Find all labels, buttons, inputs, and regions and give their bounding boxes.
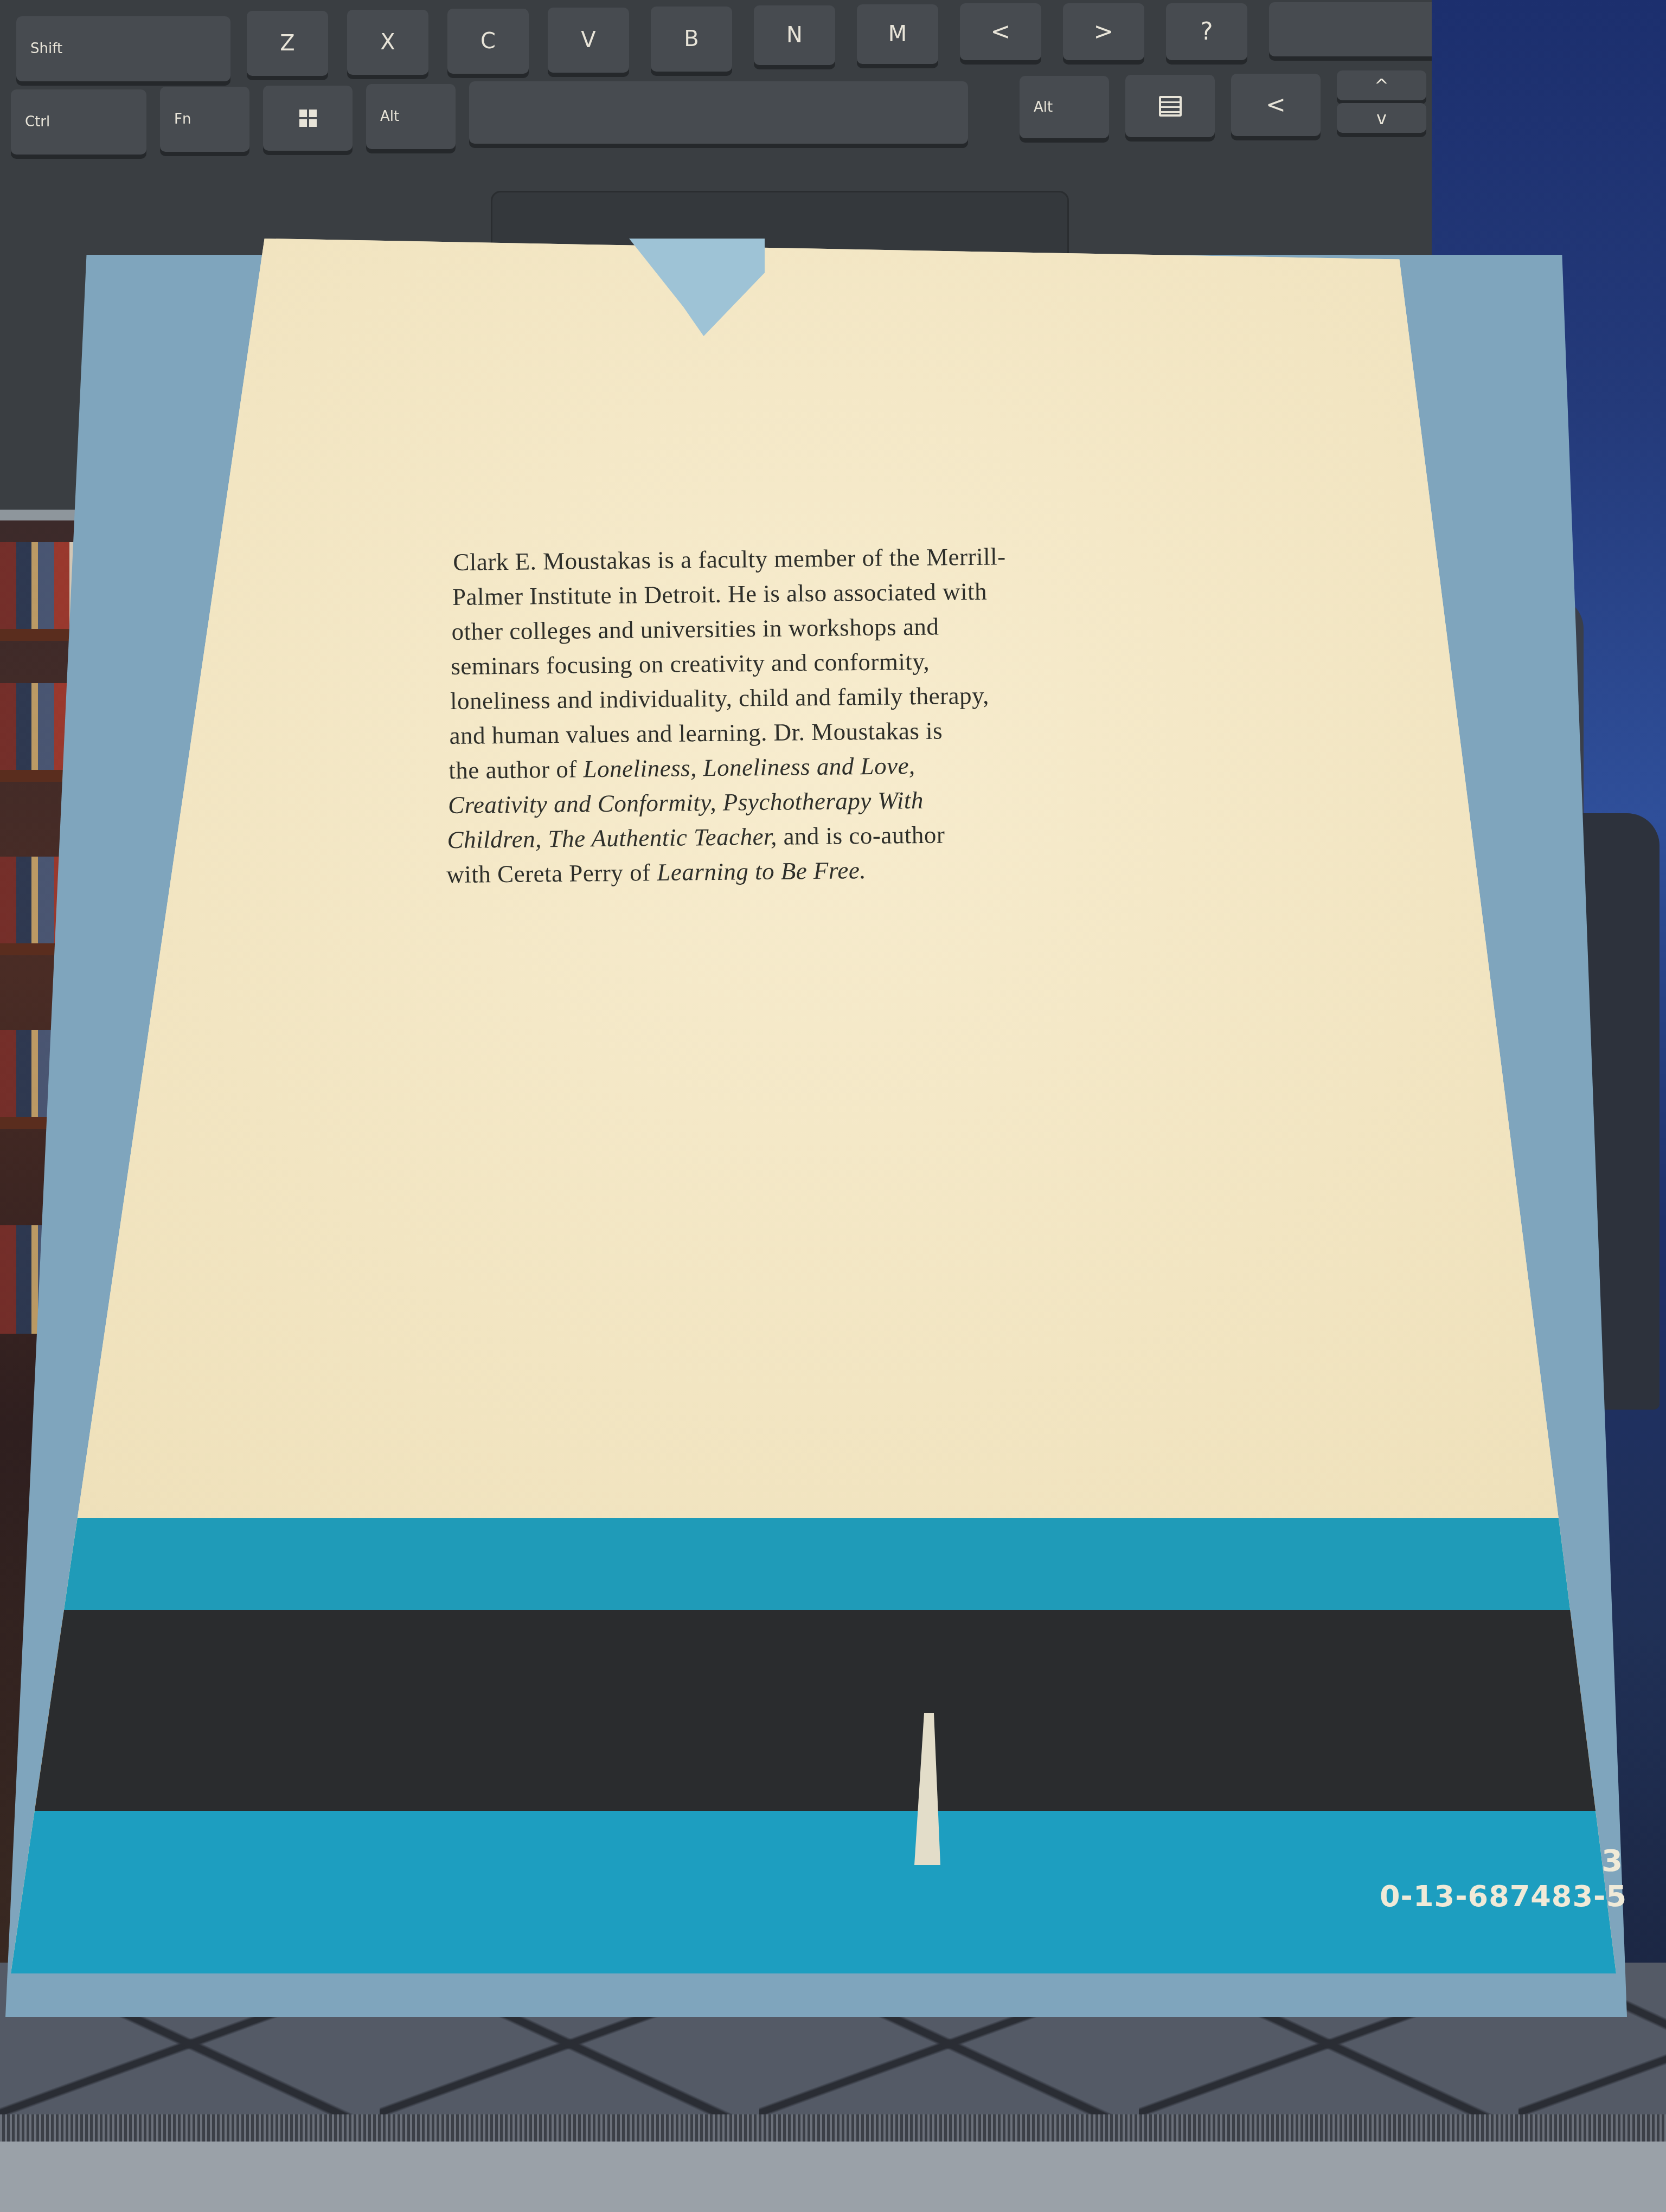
book-back-cover (11, 239, 1616, 1973)
key-v[interactable]: V (548, 8, 629, 73)
isbn-number: 0-13-687483-5 (1334, 1879, 1627, 1913)
desk-mat-stitched-edge (0, 2114, 1666, 2142)
key-x[interactable]: X (347, 10, 428, 75)
key-alt-left[interactable]: Alt (366, 84, 456, 149)
bio-text: seminars focusing on creativity and conf… (451, 648, 930, 680)
key-arrow-up[interactable]: ^ (1337, 70, 1426, 100)
bio-text: and human values and learning. Dr. Moust… (449, 717, 943, 750)
key-comma[interactable]: < (960, 3, 1041, 60)
menu-glyph (1159, 96, 1182, 117)
isbn-prefix-number: 3 (1334, 1843, 1627, 1879)
key-space[interactable] (469, 81, 968, 144)
bio-text: loneliness and individuality, child and … (450, 682, 989, 715)
teal-stripe-top (11, 1518, 1616, 1610)
bio-text: other colleges and universities in works… (451, 613, 939, 645)
key-period[interactable]: > (1063, 3, 1144, 60)
key-slash[interactable]: ? (1166, 3, 1247, 60)
key-ctrl[interactable]: Ctrl (11, 89, 146, 155)
key-n[interactable]: N (754, 5, 835, 65)
key-shift-left[interactable]: Shift (16, 16, 230, 81)
bio-text: the author of (448, 756, 584, 785)
key-m[interactable]: M (857, 4, 938, 64)
book-title-text: Learning to Be Free. (657, 857, 866, 886)
menu-key-icon[interactable] (1125, 75, 1215, 137)
isbn-block: 3 0-13-687483-5 (1334, 1843, 1627, 1913)
author-biography: Clark E. Moustakas is a faculty member o… (453, 537, 1227, 892)
bio-text: with Cereta Perry of (446, 859, 657, 888)
bio-text: and is co-author (777, 821, 945, 850)
key-fn[interactable]: Fn (160, 87, 249, 152)
bio-text: Clark E. Moustakas is a faculty member o… (453, 543, 1006, 576)
table-surface (0, 2142, 1666, 2212)
key-z[interactable]: Z (247, 11, 328, 76)
black-stripe (11, 1610, 1616, 1811)
book-title-text: Creativity and Conformity, Psychotherapy… (448, 787, 924, 819)
book-title-text: Loneliness, Loneliness and Love, (583, 752, 915, 782)
windows-logo-glyph (299, 110, 317, 127)
key-b[interactable]: B (651, 7, 732, 72)
windows-logo-icon[interactable] (263, 86, 353, 151)
key-alt-right[interactable]: Alt (1020, 76, 1109, 138)
bio-text: Palmer Institute in Detroit. He is also … (452, 578, 988, 610)
key-arrow-left[interactable]: < (1231, 74, 1321, 136)
book-title-text: Children, The Authentic Teacher, (447, 823, 777, 853)
key-arrow-down[interactable]: v (1337, 103, 1426, 133)
key-c[interactable]: C (447, 9, 529, 74)
